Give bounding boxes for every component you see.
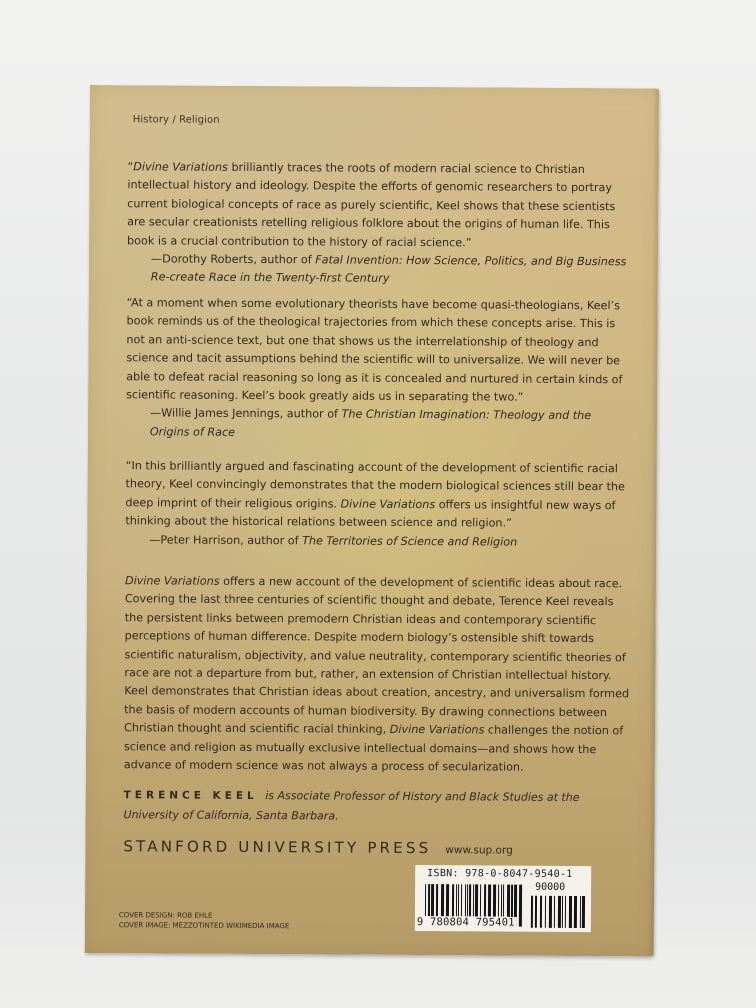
quote-attribution: —Dorothy Roberts, author of Fatal Invent…: [127, 250, 632, 290]
endorsement-quote-2: “At a moment when some evolutionary theo…: [126, 294, 632, 444]
cover-credits: Cover design: Rob Ehle Cover image: Mezz…: [119, 911, 290, 931]
price-code: 90000: [535, 882, 565, 893]
quote-attribution: —Peter Harrison, author of The Territori…: [125, 531, 630, 552]
cover-design-credit: Cover design: Rob Ehle: [119, 911, 289, 922]
quote-text: “Divine Variations brilliantly traces th…: [127, 158, 633, 253]
author-name: TERENCE KEEL: [124, 789, 258, 802]
publisher-url: www.sup.org: [445, 844, 513, 856]
cover-image-credit: Cover image: Mezzotinted Wikimedia image: [119, 921, 289, 932]
attribution-prefix: —Willie James Jennings, author of: [150, 407, 342, 421]
description-text: Divine Variations offers a new account o…: [124, 572, 630, 778]
quote-text: “In this brilliantly argued and fascinat…: [125, 457, 630, 534]
isbn-barcode-label: ISBN: 978-0-8047-9540-1 90000 9 780804 7…: [415, 865, 591, 932]
quote-text: “At a moment when some evolutionary theo…: [126, 294, 632, 408]
isbn-number: ISBN: 978-0-8047-9540-1: [427, 868, 572, 880]
attribution-book-title: The Territories of Science and Religion: [302, 534, 517, 548]
author-bio: TERENCE KEEL is Associate Professor of H…: [123, 785, 628, 827]
attribution-prefix: —Peter Harrison, author of: [149, 533, 302, 547]
endorsement-quote-3: “In this brilliantly argued and fascinat…: [125, 457, 631, 552]
ean-digits: 9 780804 795401: [417, 916, 517, 929]
publisher-name: STANFORD UNIVERSITY PRESS: [123, 837, 431, 857]
book-back-cover: History / Religion “Divine Variations br…: [85, 85, 659, 956]
publisher-imprint: STANFORD UNIVERSITY PRESS www.sup.org: [123, 837, 513, 857]
endorsement-quote-1: “Divine Variations brilliantly traces th…: [127, 158, 633, 290]
category-label: History / Religion: [133, 114, 220, 126]
addon-barcode-icon: [531, 896, 586, 928]
quote-attribution: —Willie James Jennings, author of The Ch…: [126, 405, 631, 445]
book-description: Divine Variations offers a new account o…: [124, 572, 630, 778]
attribution-prefix: —Dorothy Roberts, author of: [151, 252, 315, 266]
